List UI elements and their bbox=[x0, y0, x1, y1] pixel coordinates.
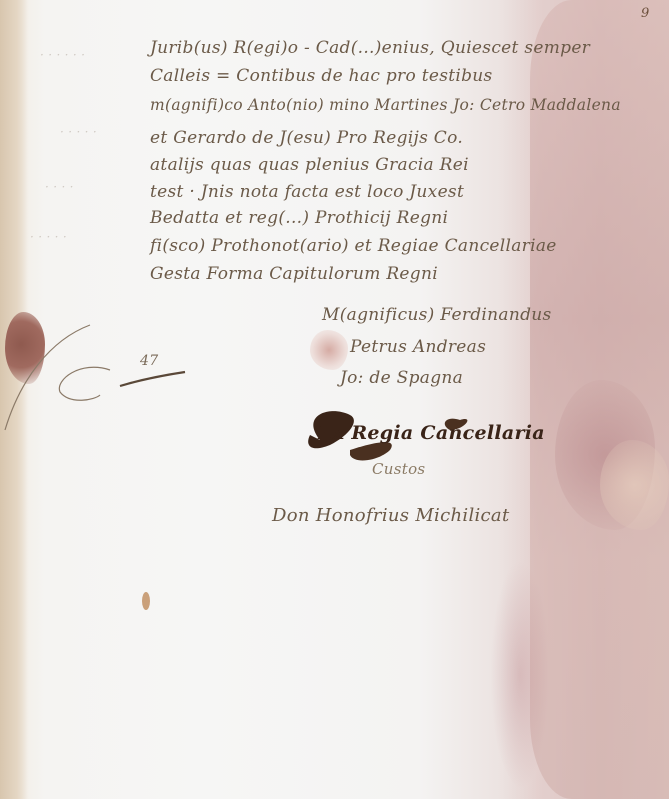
signature-de-spagna: Jo: de Spagna bbox=[340, 368, 463, 388]
bleed-through-line: · · · · bbox=[45, 180, 74, 194]
bleed-through-line: · · · · · · bbox=[40, 48, 85, 62]
text-line-6: test · Jnis nota facta est loco Juxest bbox=[150, 182, 464, 202]
bleed-through-line: · · · · · bbox=[30, 230, 67, 244]
manuscript-page: · · · · · · · · · · · · · · · · · · · · … bbox=[0, 0, 669, 799]
ink-blot-left-margin bbox=[5, 312, 45, 384]
chancery-note: Ex Regia Cancellaria bbox=[318, 422, 545, 444]
text-line-3: m(agnifi)co Anto(nio) mino Martines Jo: … bbox=[150, 96, 621, 114]
text-line-5: atalijs quas quas plenius Gracia Rei bbox=[150, 155, 469, 175]
red-wax-trace bbox=[310, 330, 348, 370]
margin-note-number: 47 bbox=[140, 353, 158, 369]
text-line-7: Bedatta et reg(...) Prothicij Regni bbox=[150, 208, 448, 228]
text-line-1: Jurib(us) R(egi)o - Cad(...)enius, Quies… bbox=[150, 38, 590, 58]
text-line-9: Gesta Forma Capitulorum Regni bbox=[150, 264, 438, 284]
binding-gutter bbox=[0, 0, 28, 799]
water-damage-lower bbox=[490, 560, 550, 790]
bleed-through-line: · · · · · bbox=[60, 125, 97, 139]
small-stain bbox=[142, 592, 150, 610]
text-line-8: fi(sco) Prothonot(ario) et Regiae Cancel… bbox=[150, 236, 557, 256]
text-line-2: Calleis = Contibus de hac pro testibus bbox=[150, 66, 493, 86]
page-number: 9 bbox=[641, 6, 650, 21]
signature-ferdinandus: M(agnificus) Ferdinandus bbox=[322, 305, 552, 325]
signature-petrus-andreas: Petrus Andreas bbox=[350, 337, 486, 357]
custos-note: Custos bbox=[372, 460, 425, 478]
text-line-4: et Gerardo de J(esu) Pro Regijs Co. bbox=[150, 128, 463, 148]
final-signature: Don Honofrius Michilicat bbox=[272, 505, 510, 526]
